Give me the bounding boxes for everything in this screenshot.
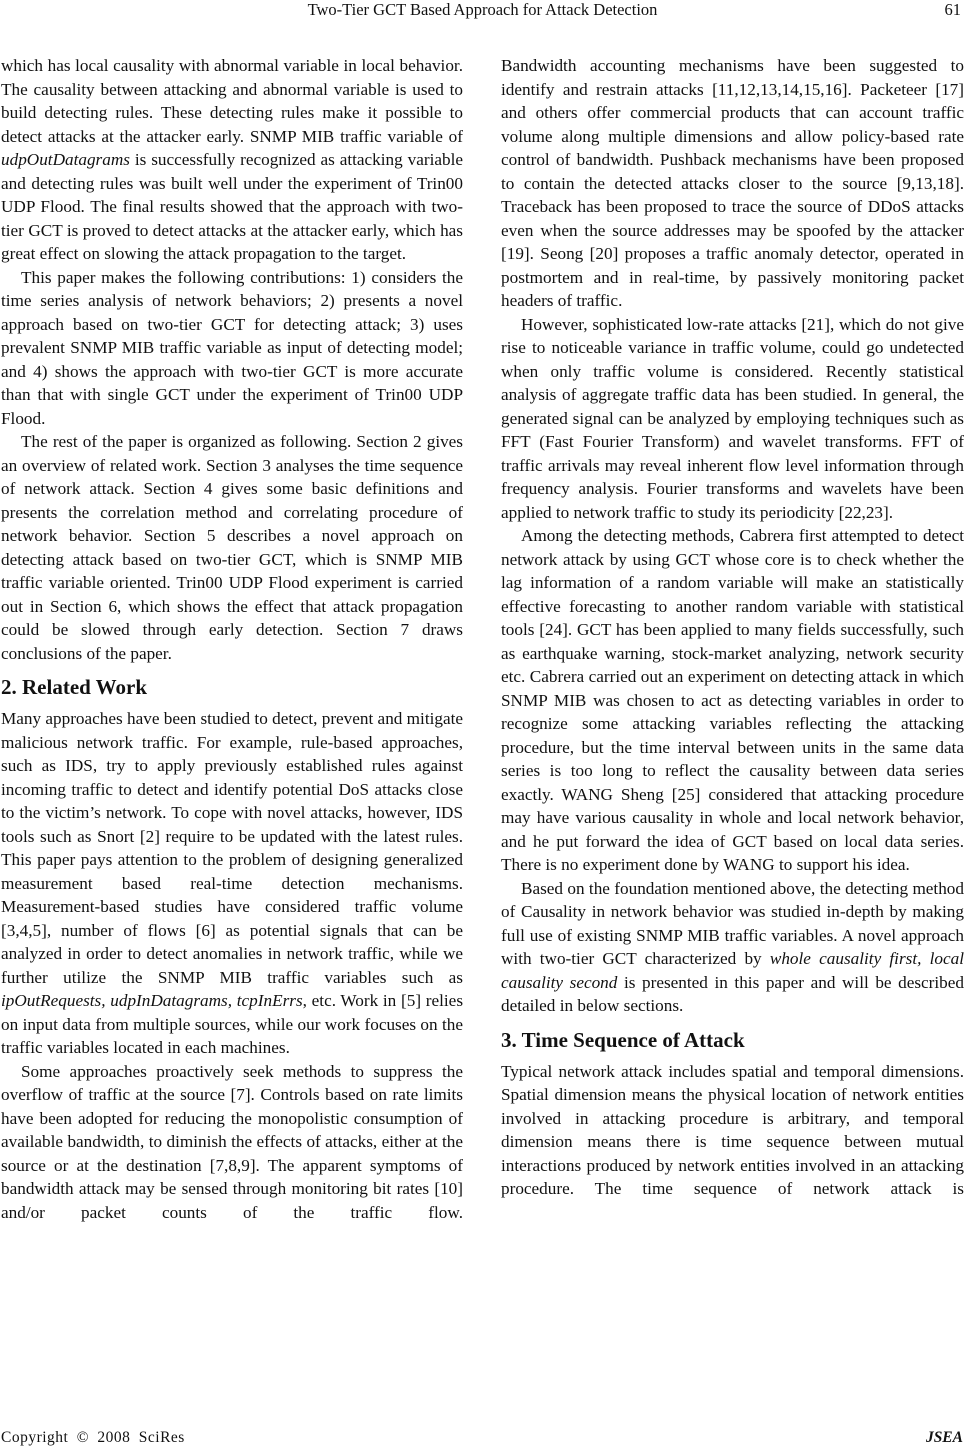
organization-paragraph: The rest of the paper is organized as fo… (1, 430, 463, 665)
paragraph: which has local causality with abnormal … (1, 54, 463, 266)
paragraph-text: which has local causality with abnormal … (1, 56, 463, 146)
page-footer: Copyright © 2008 SciRes JSEA (0, 1428, 965, 1450)
paragraph: Among the detecting methods, Cabrera fir… (501, 524, 964, 877)
italic-term: ipOutRequests, udpInDatagrams, tcpInErrs (1, 991, 303, 1010)
paragraph: Bandwidth accounting mechanisms have bee… (501, 54, 964, 313)
italic-term: udpOutDatagrams (1, 150, 130, 169)
right-column: Bandwidth accounting mechanisms have bee… (501, 54, 964, 1201)
section-heading-time-sequence: 3. Time Sequence of Attack (501, 1027, 964, 1053)
running-title: Two-Tier GCT Based Approach for Attack D… (0, 0, 965, 20)
paragraph: Typical network attack includes spatial … (501, 1060, 964, 1201)
contributions-paragraph: This paper makes the following contribut… (1, 266, 463, 431)
page-number: 61 (945, 0, 962, 20)
paragraph-text: Many approaches have been studied to det… (1, 709, 463, 987)
paragraph: Some approaches proactively seek methods… (1, 1060, 463, 1225)
journal-name: JSEA (926, 1428, 963, 1448)
copyright-notice: Copyright © 2008 SciRes (1, 1428, 185, 1448)
section-heading-related-work: 2. Related Work (1, 674, 463, 700)
paragraph: However, sophisticated low-rate attacks … (501, 313, 964, 525)
page-header: Two-Tier GCT Based Approach for Attack D… (0, 0, 965, 22)
paragraph: Many approaches have been studied to det… (1, 707, 463, 1060)
left-column: which has local causality with abnormal … (1, 54, 463, 1224)
paragraph: Based on the foundation mentioned above,… (501, 877, 964, 1018)
